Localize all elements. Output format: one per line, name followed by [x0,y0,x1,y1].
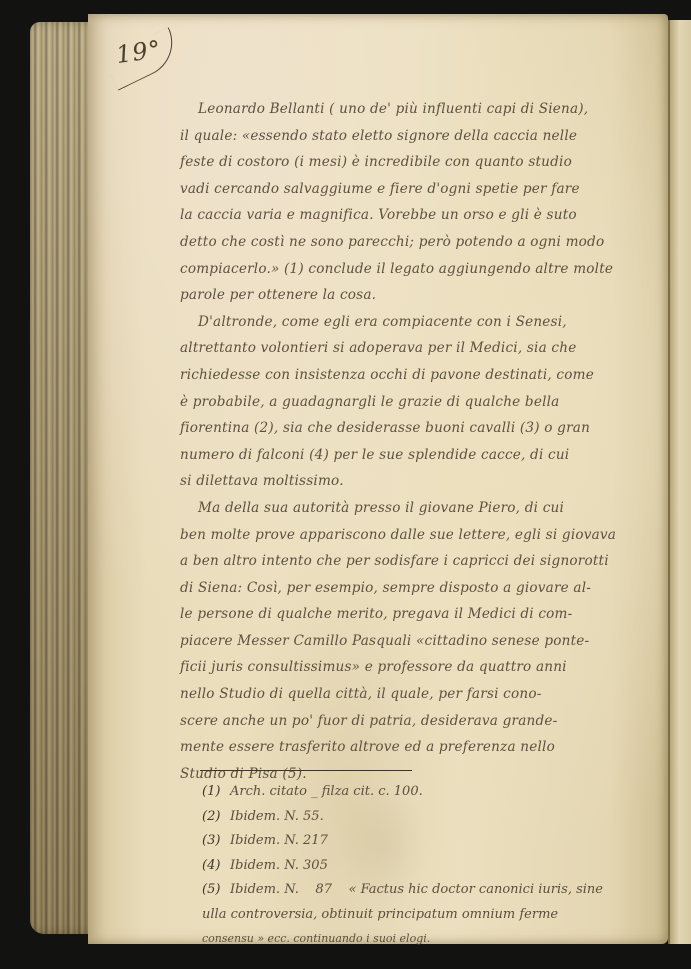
footnote-3: (3)Ibidem. N. 217 [202,829,662,854]
manuscript-line: le persone di qualche merito, pregava il… [180,601,691,628]
manuscript-line: scere anche un po' fuor di patria, desid… [180,708,691,735]
footnote-1: (1)Arch. citato _ filza cit. c. 100. [202,780,662,805]
manuscript-line: numero di falconi (4) per le sue splendi… [180,442,691,469]
manuscript-line: mente essere trasferito altrove ed a pre… [180,734,691,761]
manuscript-line: richiedesse con insistenza occhi di pavo… [180,362,691,389]
folio-number: 19° [114,35,163,69]
manuscript-line: ben molte prove appariscono dalle sue le… [180,522,691,549]
footnote-5-continuation-end: consensu » ecc. continuando i suoi elogi… [202,927,662,952]
manuscript-line: la caccia varia e magnifica. Vorebbe un … [180,202,691,229]
manuscript-line: è probabile, a guadagnargli le grazie di… [180,389,691,416]
manuscript-line: vadi cercando salvaggiume e fiere d'ogni… [180,176,691,203]
manuscript-line: feste di costoro (i mesi) è incredibile … [180,149,691,176]
manuscript-line: D'altronde, come egli era compiacente co… [180,309,691,336]
open-book: 19° Leonardo Bellanti ( uno de' più infl… [30,14,691,944]
manuscript-line: compiacerlo.» (1) conclude il legato agg… [180,256,691,283]
footnote-5-continuation: ulla controversia, obtinuit principatum … [202,903,662,928]
manuscript-line: parole per ottenere la cosa. [180,282,691,309]
manuscript-line: nello Studio di quella città, il quale, … [180,681,691,708]
manuscript-line: a ben altro intento che per sodisfare i … [180,548,691,575]
manuscript-line: Leonardo Bellanti ( uno de' più influent… [180,96,691,123]
manuscript-line: piacere Messer Camillo Pasquali «cittadi… [180,628,691,655]
footnote-5: (5)Ibidem. N. 87 « Factus hic doctor can… [202,878,662,903]
footnote-2: (2)Ibidem. N. 55. [202,805,662,830]
body-text: Leonardo Bellanti ( uno de' più influent… [180,96,691,787]
manuscript-line: si dilettava moltissimo. [180,468,691,495]
manuscript-line: detto che costì ne sono parecchi; però p… [180,229,691,256]
footnote-rule [200,770,412,771]
manuscript-line: fiorentina (2), sia che desiderasse buon… [180,415,691,442]
manuscript-line: di Siena: Così, per esempio, sempre disp… [180,575,691,602]
manuscript-line: ficii juris consultissimus» e professore… [180,654,691,681]
manuscript-line: il quale: «essendo stato eletto signore … [180,123,691,150]
manuscript-line: altrettanto volontieri si adoperava per … [180,335,691,362]
footnote-4: (4)Ibidem. N. 305 [202,854,662,879]
footnotes: (1)Arch. citato _ filza cit. c. 100. (2)… [202,780,662,952]
manuscript-line: Ma della sua autorità presso il giovane … [180,495,691,522]
